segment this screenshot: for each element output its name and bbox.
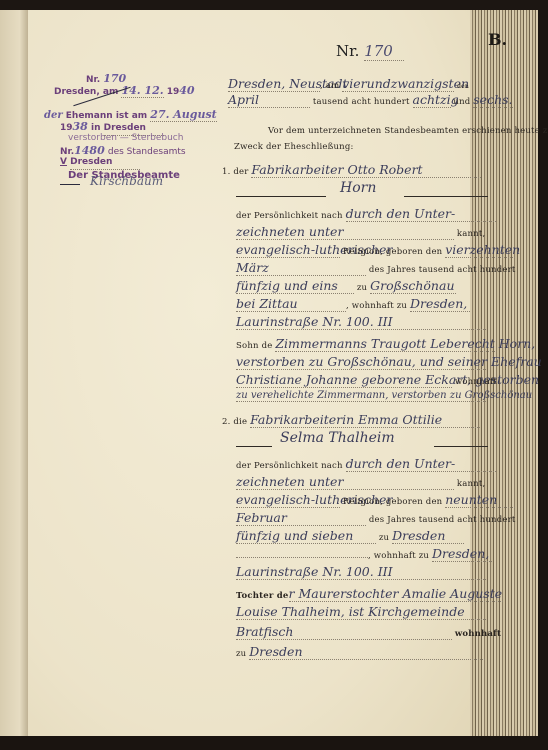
bride-known-line: zeichneten unter kannt,: [236, 474, 485, 490]
bride-daughter-label: Tochter de: [236, 591, 289, 601]
groom-birth-day: vierzehnten: [445, 242, 515, 258]
groom-religion-label: Religion, geboren den: [343, 247, 442, 257]
groom-identity-line: der Persönlichkeit nach durch den Unter-: [236, 206, 496, 222]
groom-son-label: Sohn de: [236, 341, 272, 351]
bride-occupation-name: Fabrikarbeiterin Emma Ottilie: [250, 412, 480, 428]
groom-known-label: kannt,: [457, 229, 486, 239]
bride-parents-residence-line: zu Dresden: [236, 644, 485, 660]
record-place-date-line: Dresden, Neustadt, am vierundzwanzigsten…: [228, 76, 469, 92]
bride-residence-street: Laurinstraße Nr. 100. III: [236, 564, 486, 580]
stamp-office-line: V Dresden: [60, 156, 140, 170]
bride-residence-line: , wohnhaft zu Dresden,: [236, 546, 492, 562]
bride-at-label: zu: [379, 533, 389, 543]
bride-parents-line-2: Louise Thalheim, ist Kirchgemeinde: [236, 604, 486, 620]
bride-parents-line-1: Tochter der Maurerstochter Amalie August…: [236, 586, 503, 602]
groom-occupation-name: Fabrikarbeiter Otto Robert: [251, 162, 481, 178]
bride-parents-at-label: zu: [236, 649, 246, 659]
groom-name-line: 1. der Fabrikarbeiter Otto Robert: [222, 162, 481, 178]
bride-birth-place: Dresden: [392, 528, 464, 544]
record-year-line: April tausend acht hundert achtzig und s…: [228, 92, 513, 108]
bride-birth-year: fünfzig und sieben: [236, 528, 376, 544]
groom-parents-3: Christiane Johanne geborene Eckart, gest…: [236, 372, 452, 388]
groom-birth-place: Großschönau: [370, 278, 456, 294]
book-cover-bottom: [0, 736, 548, 750]
bride-religion-line: evangelisch-lutherischer Religion, gebor…: [236, 492, 515, 508]
record-day: vierundzwanzigsten: [342, 76, 454, 92]
groom-parents-2: verstorben zu Großschönau, und seiner Eh…: [236, 354, 486, 370]
intro-text-2: Zweck der Eheschließung:: [234, 142, 354, 152]
groom-residence-city: Dresden,: [410, 296, 470, 312]
groom-at-label: zu: [357, 283, 367, 293]
groom-identity-value-2: zeichneten unter: [236, 224, 454, 240]
groom-surname-line: Horn: [340, 180, 376, 196]
groom-parents-line-3: Christiane Johanne geborene Eckart, gest…: [236, 372, 497, 388]
groom-religion-line: evangelisch-lutherischer Religion, gebor…: [236, 242, 515, 258]
groom-year-label: des Jahres tausend acht hundert: [369, 265, 516, 275]
bride-surname-line: Selma Thalheim: [280, 430, 395, 446]
bride-birth-month-line: Februar des Jahres tausend acht hundert: [236, 510, 515, 526]
bride-residence-blank: [236, 557, 368, 558]
groom-surname-rule-left: [236, 196, 326, 197]
bride-identity-label: der Persönlichkeit nach: [236, 461, 343, 471]
stamp-place-label: Dresden, am: [54, 87, 118, 97]
bride-religion-label: Religion, geboren den: [343, 497, 442, 507]
stamp-year-suffix: 40: [179, 84, 194, 97]
groom-index: 1. der: [222, 167, 249, 177]
bride-parents-2: Louise Thalheim, ist Kirchgemeinde: [236, 604, 486, 620]
bride-name-line: 2. die Fabrikarbeiterin Emma Ottilie: [222, 412, 480, 428]
groom-surname-rule-right: [404, 196, 488, 197]
bride-parents-residence-label: wohnhaft: [455, 629, 501, 639]
book-cover-right: [538, 10, 548, 738]
bride-surname: Selma Thalheim: [280, 430, 395, 446]
stamp-signature: Kirschbaum: [90, 175, 163, 188]
bride-parents-1: r Maurerstochter Amalie Auguste: [289, 586, 503, 602]
page-letter: B.: [488, 30, 507, 49]
bride-religion: evangelisch-lutherischer: [236, 492, 340, 508]
stamp-office-number: V: [60, 157, 67, 167]
groom-religion: evangelisch-lutherischer: [236, 242, 340, 258]
record-year: sechs.: [473, 92, 513, 108]
record-am-label: , am: [320, 81, 339, 91]
groom-residence-line: bei Zittau, wohnhaft zu Dresden,: [236, 296, 470, 312]
stamp-date-line: Dresden, am 14. 12. 1940: [54, 84, 195, 99]
groom-parents-residence-label: wohnhaft: [455, 377, 497, 387]
stamp-office-city: Dresden: [70, 156, 140, 170]
groom-parents-1: Zimmermanns Traugott Leberecht Horn,: [275, 336, 495, 352]
groom-residence-label: , wohnhaft zu: [346, 301, 407, 311]
intro-text: Vor dem unterzeichneten Standesbeamten e…: [268, 126, 548, 136]
groom-known-line: zeichneten unter kannt,: [236, 224, 485, 240]
bride-birth-month: Februar: [236, 510, 366, 526]
bride-surname-rule-right: [434, 446, 488, 447]
stamp-year-prefix: 19: [167, 87, 180, 97]
groom-parents-line-1: Sohn de Zimmermanns Traugott Leberecht H…: [236, 336, 495, 352]
groom-birth-month: März: [236, 260, 366, 276]
groom-birth-year: fünfzig und eins: [236, 278, 354, 294]
record-year-printed: tausend acht hundert: [313, 97, 410, 107]
record-decade: achtzig: [413, 92, 451, 108]
bride-surname-rule-left: [236, 446, 272, 447]
groom-parents-4: zu verehelichte Zimmermann, verstorben z…: [236, 390, 486, 402]
bride-known-label: kannt,: [457, 479, 486, 489]
groom-birth-year-line: fünfzig und eins zu Großschönau: [236, 278, 456, 294]
record-und-label: und: [453, 97, 470, 107]
bride-identity-value-2: zeichneten unter: [236, 474, 454, 490]
groom-parents-line-2: verstorben zu Großschönau, und seiner Eh…: [236, 354, 486, 370]
bride-identity-line: der Persönlichkeit nach durch den Unter-: [236, 456, 496, 472]
bride-parents-line-3: Bratfisch wohnhaft: [236, 624, 501, 640]
record-number-header: Nr. 170: [336, 42, 404, 61]
groom-street-line: Laurinstraße Nr. 100. III: [236, 314, 486, 330]
groom-residence-street: Laurinstraße Nr. 100. III: [236, 314, 486, 330]
bride-birth-day: neunten: [445, 492, 515, 508]
bride-index: 2. die: [222, 417, 247, 427]
groom-parents-line-4: zu verehelichte Zimmermann, verstorben z…: [236, 390, 486, 402]
bride-parents-3: Bratfisch: [236, 624, 452, 640]
groom-identity-value: durch den Unter-: [346, 206, 496, 222]
record-number-value: 170: [364, 42, 404, 61]
groom-birth-month-line: März des Jahres tausend acht hundert: [236, 260, 515, 276]
bride-street-line: Laurinstraße Nr. 100. III: [236, 564, 486, 580]
groom-birth-place-2: bei Zittau: [236, 296, 346, 312]
stamp-signature-rule: [60, 184, 80, 185]
groom-surname: Horn: [340, 180, 376, 196]
record-place: Dresden, Neustadt: [228, 76, 320, 92]
bride-residence-city: Dresden,: [432, 546, 492, 562]
groom-identity-label: der Persönlichkeit nach: [236, 211, 343, 221]
bride-year-label: des Jahres tausend acht hundert: [369, 515, 516, 525]
stamp-date-value: 14. 12.: [121, 84, 163, 98]
facing-page-edge: [0, 10, 29, 738]
bride-identity-value: durch den Unter-: [346, 456, 496, 472]
record-month: April: [228, 92, 310, 108]
bride-residence-label: , wohnhaft zu: [368, 551, 429, 561]
bride-parents-residence: Dresden: [249, 644, 485, 660]
record-number-label: Nr.: [336, 42, 359, 60]
bride-birth-year-line: fünfzig und sieben zu Dresden: [236, 528, 464, 544]
record-den-label: den: [457, 83, 469, 90]
